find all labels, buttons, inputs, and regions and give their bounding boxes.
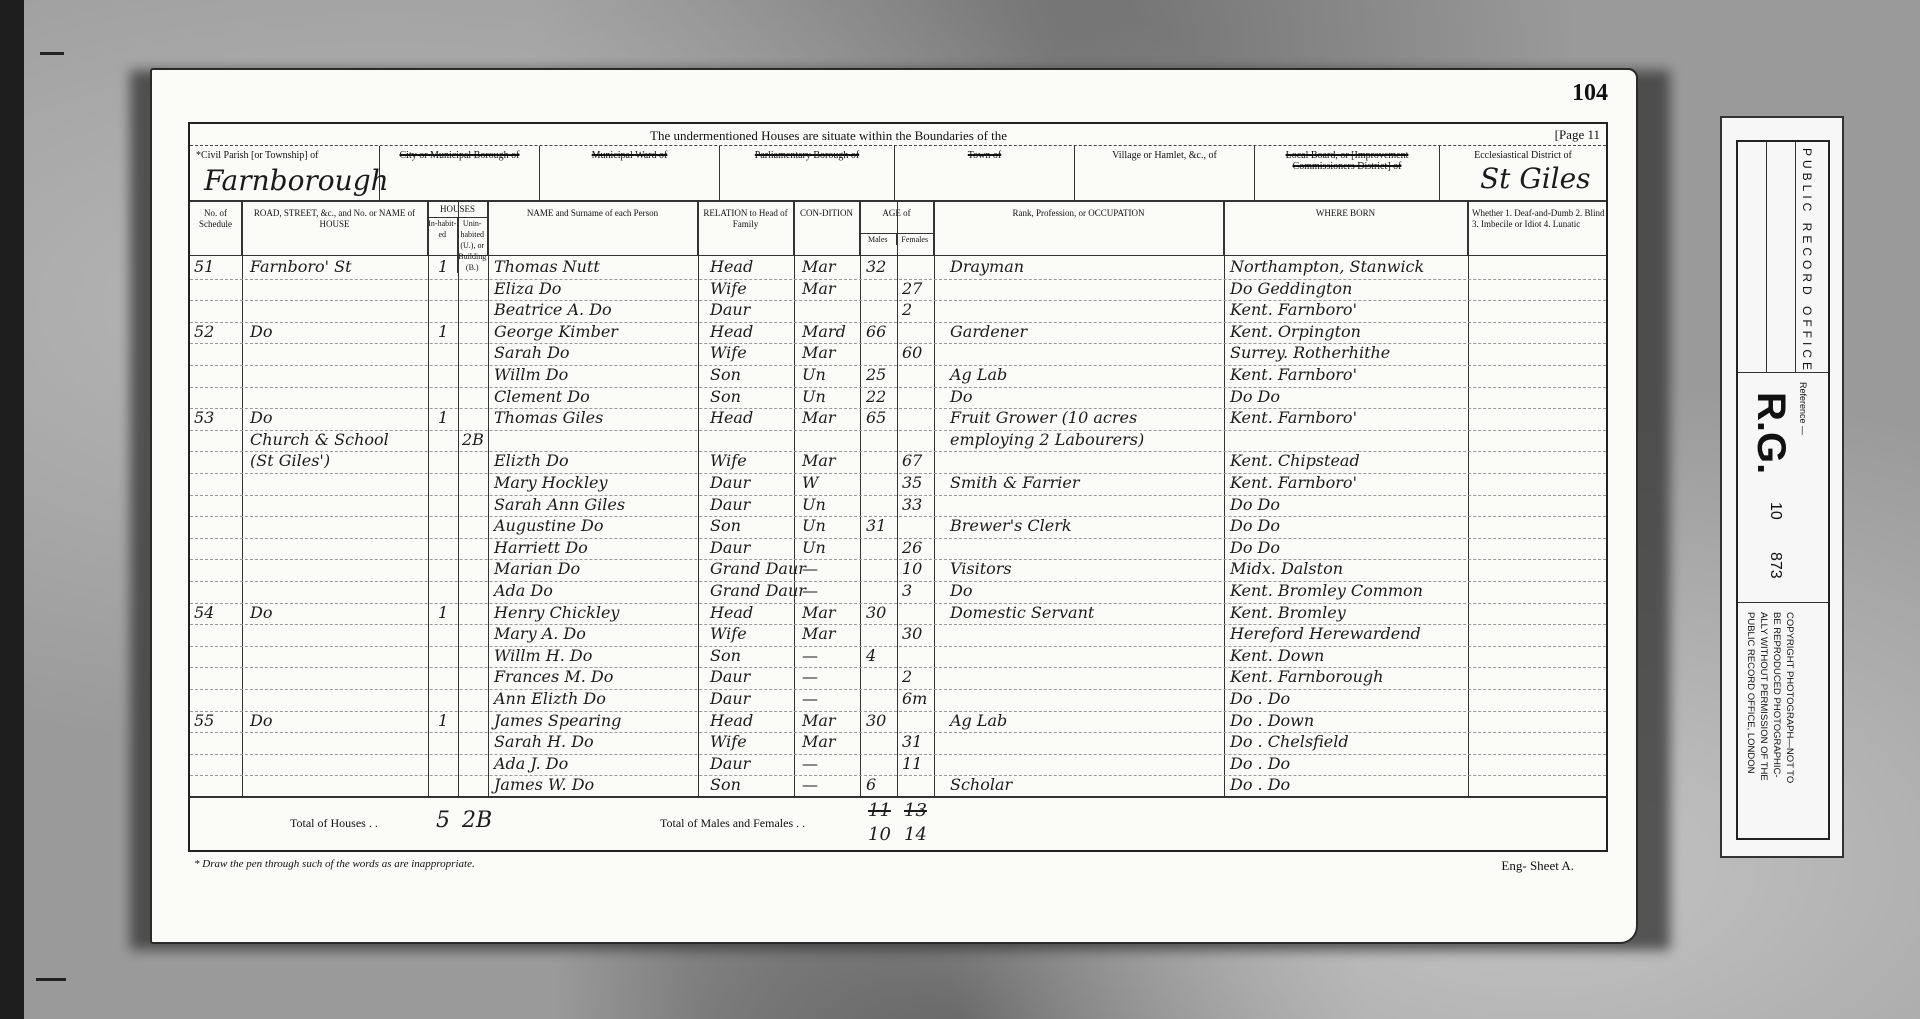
person-name: Henry Chickley bbox=[494, 602, 619, 625]
relation-to-head: Head bbox=[710, 407, 753, 430]
marital-condition: W bbox=[802, 472, 818, 495]
occupation: Gardener bbox=[950, 321, 1027, 344]
schedule-number: 54 bbox=[194, 602, 214, 625]
female-age: 31 bbox=[902, 731, 922, 754]
boundary-municipal-borough: City or Municipal Borough of bbox=[380, 146, 540, 200]
person-name: Frances M. Do bbox=[494, 666, 613, 689]
marital-condition: Mar bbox=[802, 342, 836, 365]
person-name: Clement Do bbox=[494, 386, 590, 409]
relation-to-head: Grand Daur bbox=[710, 580, 806, 603]
occupation: Fruit Grower (10 acres bbox=[950, 407, 1137, 430]
table-row: Ada J. DoDaur—11Do . Do bbox=[190, 753, 1606, 777]
occupation: Ag Lab bbox=[950, 364, 1007, 387]
birthplace: Kent. Bromley bbox=[1230, 602, 1346, 625]
person-name: Mary A. Do bbox=[494, 623, 586, 646]
female-age: 3 bbox=[902, 580, 912, 603]
male-age: 65 bbox=[866, 407, 886, 430]
person-name: Ann Elizth Do bbox=[494, 688, 606, 711]
road-name: Do bbox=[250, 710, 272, 733]
male-age: 31 bbox=[866, 515, 886, 538]
relation-to-head: Wife bbox=[710, 278, 747, 301]
page-label: [Page 11 bbox=[1555, 127, 1600, 143]
divider bbox=[1738, 372, 1828, 373]
occupation: Visitors bbox=[950, 558, 1012, 581]
relation-to-head: Daur bbox=[710, 537, 750, 560]
registration-mark bbox=[36, 978, 66, 981]
sheet-label: Eng- Sheet A. bbox=[1501, 858, 1574, 874]
col-occupation: Rank, Profession, or OCCUPATION bbox=[934, 202, 1224, 255]
people-total-label: Total of Males and Females . . bbox=[660, 816, 805, 831]
inhabited-count: 1 bbox=[438, 407, 448, 430]
schedule-number: 52 bbox=[194, 321, 214, 344]
office-name: PUBLIC RECORD OFFICE bbox=[1800, 148, 1814, 374]
relation-to-head: Head bbox=[710, 710, 753, 733]
person-name: Beatrice A. Do bbox=[494, 299, 612, 322]
schedule-number: 51 bbox=[194, 256, 214, 279]
table-row: Ada DoGrand Daur—3DoKent. Bromley Common bbox=[190, 580, 1606, 604]
males-struck-total: 11 bbox=[868, 800, 891, 821]
marital-condition: Un bbox=[802, 537, 826, 560]
marital-condition: Un bbox=[802, 494, 826, 517]
relation-to-head: Daur bbox=[710, 666, 750, 689]
marital-condition: Mar bbox=[802, 450, 836, 473]
occupation: Smith & Farrier bbox=[950, 472, 1079, 495]
boundary-label: Ecclesiastical District of bbox=[1446, 150, 1600, 161]
person-name: Willm Do bbox=[494, 364, 568, 387]
birthplace: Do . Do bbox=[1230, 688, 1290, 711]
marital-condition: — bbox=[802, 558, 818, 581]
birthplace: Kent. Farnboro' bbox=[1230, 407, 1357, 430]
table-row: Sarah DoWifeMar60Surrey. Rotherhithe bbox=[190, 342, 1606, 366]
birthplace: Do . Chelsfield bbox=[1230, 731, 1349, 754]
person-name: James Spearing bbox=[494, 710, 621, 733]
table-row: Beatrice A. DoDaur2Kent. Farnboro' bbox=[190, 299, 1606, 323]
birthplace: Do . Do bbox=[1230, 774, 1290, 797]
schedule-number: 53 bbox=[194, 407, 214, 430]
copyright-notice: COPYRIGHT PHOTOGRAPH—NOT TO BE REPRODUCE… bbox=[1744, 612, 1796, 783]
birthplace: Do Geddington bbox=[1230, 278, 1352, 301]
marital-condition: Un bbox=[802, 515, 826, 538]
boundary-value: St Giles bbox=[1480, 162, 1591, 195]
marital-condition: Mard bbox=[802, 321, 846, 344]
female-age: 33 bbox=[902, 494, 922, 517]
birthplace: Kent. Farnboro' bbox=[1230, 472, 1357, 495]
table-row: Willm H. DoSon—4Kent. Down bbox=[190, 645, 1606, 669]
measure-ruler bbox=[1766, 142, 1796, 372]
table-row: Augustine DoSonUn31Brewer's ClerkDo Do bbox=[190, 515, 1606, 539]
birthplace: Kent. Bromley Common bbox=[1230, 580, 1423, 603]
table-row: 55Do1James SpearingHeadMar30Ag LabDo . D… bbox=[190, 710, 1606, 734]
marital-condition: — bbox=[802, 688, 818, 711]
person-name: Augustine Do bbox=[494, 515, 603, 538]
marital-condition: — bbox=[802, 753, 818, 776]
person-name: Thomas Nutt bbox=[494, 256, 600, 279]
uninhabited-count: 2B bbox=[462, 429, 484, 452]
boundary-town: Town of bbox=[895, 146, 1075, 200]
person-name: Mary Hockley bbox=[494, 472, 608, 495]
houses-total-label: Total of Houses . . bbox=[290, 816, 378, 831]
marital-condition: Mar bbox=[802, 623, 836, 646]
birthplace: Do Do bbox=[1230, 515, 1280, 538]
birthplace: Do Do bbox=[1230, 386, 1280, 409]
marital-condition: — bbox=[802, 645, 818, 668]
reference-label: Reference — bbox=[1798, 382, 1808, 435]
person-name: Sarah H. Do bbox=[494, 731, 594, 754]
female-age: 6m bbox=[902, 688, 927, 711]
marital-condition: Mar bbox=[802, 731, 836, 754]
relation-to-head: Head bbox=[710, 256, 753, 279]
footnote: * Draw the pen through such of the words… bbox=[194, 858, 475, 870]
table-row: Mary HockleyDaurW35Smith & FarrierKent. … bbox=[190, 472, 1606, 496]
female-age: 67 bbox=[902, 450, 922, 473]
male-age: 30 bbox=[866, 710, 886, 733]
intro-text: The undermentioned Houses are situate wi… bbox=[650, 128, 1007, 144]
table-row: 51Farnboro' St1Thomas NuttHeadMar32Draym… bbox=[190, 256, 1606, 280]
col-condition: CON-DITION bbox=[794, 202, 860, 255]
boundary-label: Town of bbox=[901, 150, 1068, 161]
females-label: Females bbox=[897, 234, 934, 245]
relation-to-head: Head bbox=[710, 321, 753, 344]
copyright-line: BE REPRODUCED PHOTOGRAPHIC- bbox=[1771, 612, 1782, 778]
relation-to-head: Daur bbox=[710, 688, 750, 711]
female-age: 2 bbox=[902, 666, 912, 689]
occupation: Domestic Servant bbox=[950, 602, 1094, 625]
person-name: Thomas Giles bbox=[494, 407, 603, 430]
marital-condition: — bbox=[802, 666, 818, 689]
boundary-civil-parish: *Civil Parish [or Township] of Farnborou… bbox=[190, 146, 380, 200]
person-name: Sarah Ann Giles bbox=[494, 494, 625, 517]
table-row: (St Giles')Elizth DoWifeMar67Kent. Chips… bbox=[190, 450, 1606, 474]
relation-to-head: Daur bbox=[710, 299, 750, 322]
birthplace: Kent. Down bbox=[1230, 645, 1324, 668]
occupation: Do bbox=[950, 386, 972, 409]
birthplace: Northampton, Stanwick bbox=[1230, 256, 1424, 279]
table-row: Willm DoSonUn25Ag LabKent. Farnboro' bbox=[190, 364, 1606, 388]
boundary-local-board: Local Board, or [Improvement Commissione… bbox=[1255, 146, 1440, 200]
boundaries-row: *Civil Parish [or Township] of Farnborou… bbox=[190, 146, 1606, 202]
col-name: NAME and Surname of each Person bbox=[488, 202, 698, 255]
person-name: Eliza Do bbox=[494, 278, 561, 301]
column-header-row: No. of Schedule ROAD, STREET, &c., and N… bbox=[190, 202, 1606, 256]
relation-to-head: Son bbox=[710, 386, 741, 409]
birthplace: Kent. Farnboro' bbox=[1230, 364, 1357, 387]
occupation: Drayman bbox=[950, 256, 1024, 279]
boundary-village: Village or Hamlet, &c., of bbox=[1075, 146, 1255, 200]
birthplace: Midx. Dalston bbox=[1230, 558, 1343, 581]
table-row: Sarah H. DoWifeMar31Do . Chelsfield bbox=[190, 731, 1606, 755]
occupation: employing 2 Labourers) bbox=[950, 429, 1144, 452]
females-struck-total: 13 bbox=[904, 800, 927, 821]
relation-to-head: Son bbox=[710, 645, 741, 668]
boundary-label: *Civil Parish [or Township] of bbox=[196, 150, 318, 161]
boundary-label: Village or Hamlet, &c., of bbox=[1081, 150, 1248, 161]
relation-to-head: Daur bbox=[710, 472, 750, 495]
occupation: Brewer's Clerk bbox=[950, 515, 1072, 538]
table-row: Harriett DoDaurUn26Do Do bbox=[190, 537, 1606, 561]
person-name: Sarah Do bbox=[494, 342, 570, 365]
totals-row: Total of Houses . . 5 2B Total of Males … bbox=[190, 796, 1606, 852]
female-age: 10 bbox=[902, 558, 922, 581]
series-code: R.G. bbox=[1748, 392, 1793, 474]
female-age: 26 bbox=[902, 537, 922, 560]
birthplace: Do Do bbox=[1230, 494, 1280, 517]
intro-line: The undermentioned Houses are situate wi… bbox=[190, 124, 1606, 146]
film-edge bbox=[0, 0, 24, 1019]
males-total: 10 bbox=[868, 824, 891, 845]
public-record-office-card: PUBLIC RECORD OFFICE Reference — R.G. 10… bbox=[1720, 116, 1844, 858]
person-name: Marian Do bbox=[494, 558, 580, 581]
boundary-parliamentary-borough: Parliamentary Borough of bbox=[720, 146, 895, 200]
boundary-value: Farnborough bbox=[204, 164, 389, 197]
table-row: Sarah Ann GilesDaurUn33Do Do bbox=[190, 494, 1606, 518]
birthplace: Kent. Orpington bbox=[1230, 321, 1361, 344]
census-page: 104 The undermentioned Houses are situat… bbox=[150, 68, 1638, 944]
person-name: James W. Do bbox=[494, 774, 594, 797]
table-row: Frances M. DoDaur—2Kent. Farnborough bbox=[190, 666, 1606, 690]
road-name: (St Giles') bbox=[250, 450, 330, 473]
table-row: Ann Elizth DoDaur—6mDo . Do bbox=[190, 688, 1606, 712]
birthplace: Do Do bbox=[1230, 537, 1280, 560]
male-age: 30 bbox=[866, 602, 886, 625]
road-name: Farnboro' St bbox=[250, 256, 352, 279]
female-age: 27 bbox=[902, 278, 922, 301]
relation-to-head: Son bbox=[710, 515, 741, 538]
person-name: Elizth Do bbox=[494, 450, 569, 473]
reference-frame: PUBLIC RECORD OFFICE Reference — R.G. 10… bbox=[1736, 140, 1830, 840]
relation-to-head: Daur bbox=[710, 753, 750, 776]
boundary-ecclesiastical-district: Ecclesiastical District of St Giles bbox=[1440, 146, 1606, 200]
boundary-label: Municipal Ward of bbox=[546, 150, 713, 161]
female-age: 60 bbox=[902, 342, 922, 365]
occupation: Ag Lab bbox=[950, 710, 1007, 733]
road-name: Do bbox=[250, 407, 272, 430]
relation-to-head: Wife bbox=[710, 450, 747, 473]
males-label: Males bbox=[860, 234, 897, 245]
person-name: George Kimber bbox=[494, 321, 618, 344]
houses-inhabited-total: 5 bbox=[436, 808, 450, 833]
relation-to-head: Wife bbox=[710, 342, 747, 365]
copyright-line: ALLY WITHOUT PERMISSION OF THE bbox=[1758, 612, 1769, 781]
birthplace: Kent. Chipstead bbox=[1230, 450, 1360, 473]
occupation: Scholar bbox=[950, 774, 1012, 797]
female-age: 2 bbox=[902, 299, 912, 322]
table-row: 52Do1George KimberHeadMard66GardenerKent… bbox=[190, 321, 1606, 345]
road-name: Church & School bbox=[250, 429, 389, 452]
marital-condition: Mar bbox=[802, 407, 836, 430]
marital-condition: Un bbox=[802, 386, 826, 409]
col-schedule: No. of Schedule bbox=[190, 202, 242, 255]
copyright-line: PUBLIC RECORD OFFICE, LONDON bbox=[1745, 612, 1756, 774]
marital-condition: — bbox=[802, 580, 818, 603]
birthplace: Kent. Farnboro' bbox=[1230, 299, 1357, 322]
female-age: 35 bbox=[902, 472, 922, 495]
marital-condition: Mar bbox=[802, 256, 836, 279]
table-row: James W. DoSon—6ScholarDo . Do bbox=[190, 774, 1606, 798]
relation-to-head: Son bbox=[710, 364, 741, 387]
male-age: 4 bbox=[866, 645, 876, 668]
registration-mark bbox=[40, 52, 64, 55]
schedule-number: 55 bbox=[194, 710, 214, 733]
census-entries: 51Farnboro' St1Thomas NuttHeadMar32Draym… bbox=[190, 256, 1606, 796]
inhabited-count: 1 bbox=[438, 321, 448, 344]
col-relation: RELATION to Head of Family bbox=[698, 202, 794, 255]
road-name: Do bbox=[250, 321, 272, 344]
table-row: Eliza DoWifeMar27Do Geddington bbox=[190, 278, 1606, 302]
col-road: ROAD, STREET, &c., and No. or NAME of HO… bbox=[242, 202, 428, 255]
table-row: Clement DoSonUn22DoDo Do bbox=[190, 386, 1606, 410]
marital-condition: — bbox=[802, 774, 818, 797]
boundary-label: Parliamentary Borough of bbox=[726, 150, 888, 161]
piece-number: 10 bbox=[1766, 502, 1784, 520]
table-row: Church & School2Bemploying 2 Labourers) bbox=[190, 429, 1606, 453]
relation-to-head: Wife bbox=[710, 623, 747, 646]
female-age: 11 bbox=[902, 753, 922, 776]
birthplace: Kent. Farnborough bbox=[1230, 666, 1383, 689]
houses-other-total: 2B bbox=[462, 808, 492, 833]
marital-condition: Mar bbox=[802, 602, 836, 625]
person-name: Ada Do bbox=[494, 580, 553, 603]
relation-to-head: Head bbox=[710, 602, 753, 625]
female-age: 30 bbox=[902, 623, 922, 646]
male-age: 32 bbox=[866, 256, 886, 279]
relation-to-head: Wife bbox=[710, 731, 747, 754]
census-form: The undermentioned Houses are situate wi… bbox=[188, 122, 1608, 852]
folio-stamp: 104 bbox=[1572, 80, 1608, 107]
birthplace: Hereford Herewardend bbox=[1230, 623, 1421, 646]
table-row: 54Do1Henry ChickleyHeadMar30Domestic Ser… bbox=[190, 602, 1606, 626]
copyright-line: COPYRIGHT PHOTOGRAPH—NOT TO bbox=[1784, 612, 1795, 783]
relation-to-head: Grand Daur bbox=[710, 558, 806, 581]
folio-number: 873 bbox=[1766, 552, 1784, 579]
table-row: Marian DoGrand Daur—10VisitorsMidx. Dals… bbox=[190, 558, 1606, 582]
inhabited-count: 1 bbox=[438, 710, 448, 733]
marital-condition: Mar bbox=[802, 710, 836, 733]
boundary-label: Local Board, or [Improvement Commissione… bbox=[1261, 150, 1433, 172]
table-row: 53Do1Thomas GilesHeadMar65Fruit Grower (… bbox=[190, 407, 1606, 431]
person-name: Harriett Do bbox=[494, 537, 588, 560]
females-total: 14 bbox=[904, 824, 927, 845]
occupation: Do bbox=[950, 580, 972, 603]
male-age: 25 bbox=[866, 364, 886, 387]
divider bbox=[1738, 602, 1828, 603]
male-age: 66 bbox=[866, 321, 886, 344]
table-row: Mary A. DoWifeMar30Hereford Herewardend bbox=[190, 623, 1606, 647]
col-where-born: WHERE BORN bbox=[1224, 202, 1468, 255]
road-name: Do bbox=[250, 602, 272, 625]
inhabited-count: 1 bbox=[438, 256, 448, 279]
birthplace: Do . Down bbox=[1230, 710, 1314, 733]
birthplace: Surrey. Rotherhithe bbox=[1230, 342, 1390, 365]
person-name: Ada J. Do bbox=[494, 753, 568, 776]
person-name: Willm H. Do bbox=[494, 645, 592, 668]
male-age: 6 bbox=[866, 774, 876, 797]
relation-to-head: Daur bbox=[710, 494, 750, 517]
marital-condition: Un bbox=[802, 364, 826, 387]
birthplace: Do . Do bbox=[1230, 753, 1290, 776]
inhabited-count: 1 bbox=[438, 602, 448, 625]
relation-to-head: Son bbox=[710, 774, 741, 797]
male-age: 22 bbox=[866, 386, 886, 409]
col-infirmity: Whether 1. Deaf-and-Dumb 2. Blind 3. Imb… bbox=[1468, 202, 1610, 255]
boundary-municipal-ward: Municipal Ward of bbox=[540, 146, 720, 200]
marital-condition: Mar bbox=[802, 278, 836, 301]
boundary-label: City or Municipal Borough of bbox=[386, 150, 533, 161]
